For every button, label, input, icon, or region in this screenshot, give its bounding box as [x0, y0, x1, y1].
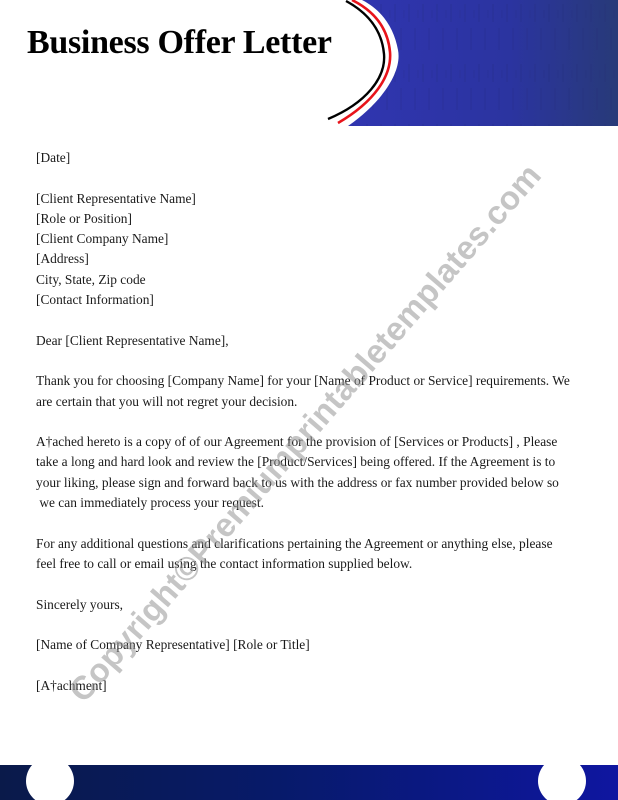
footer-bar	[0, 765, 618, 800]
paragraph-line: we can immediately process your request.	[36, 493, 596, 513]
paragraph-line: A†ached hereto is a copy of of our Agree…	[36, 432, 596, 452]
paragraph-line: For any additional questions and clarifi…	[36, 534, 596, 554]
paragraph-line: take a long and hard look and review the…	[36, 452, 596, 472]
header-banner-graphic	[0, 0, 618, 128]
recipient-address: [Address]	[36, 249, 596, 269]
paragraph-attachment: A†ached hereto is a copy of of our Agree…	[36, 432, 596, 513]
page-title: Business Offer Letter	[27, 24, 332, 62]
letter-body: [Date] [Client Representative Name] [Rol…	[36, 148, 596, 696]
paragraph-questions: For any additional questions and clarifi…	[36, 534, 596, 575]
signature: [Name of Company Representative] [Role o…	[36, 635, 596, 655]
paragraph-line: Thank you for choosing [Company Name] fo…	[36, 371, 596, 391]
recipient-role: [Role or Position]	[36, 209, 596, 229]
paragraph-thanks: Thank you for choosing [Company Name] fo…	[36, 371, 596, 412]
recipient-city-state-zip: City, State, Zip code	[36, 270, 596, 290]
paragraph-line: your liking, please sign and forward bac…	[36, 473, 596, 493]
paragraph-line: feel free to call or email using the con…	[36, 554, 596, 574]
salutation: Dear [Client Representative Name],	[36, 331, 596, 351]
footer-circle-left	[26, 757, 74, 800]
recipient-name: [Client Representative Name]	[36, 189, 596, 209]
attachment-note: [A†achment]	[36, 676, 596, 696]
recipient-block: [Client Representative Name] [Role or Po…	[36, 189, 596, 311]
closing: Sincerely yours,	[36, 595, 596, 615]
footer-circle-right	[538, 757, 586, 800]
date-field: [Date]	[36, 148, 596, 168]
recipient-contact: [Contact Information]	[36, 290, 596, 310]
paragraph-line: are certain that you will not regret you…	[36, 392, 596, 412]
recipient-company: [Client Company Name]	[36, 229, 596, 249]
